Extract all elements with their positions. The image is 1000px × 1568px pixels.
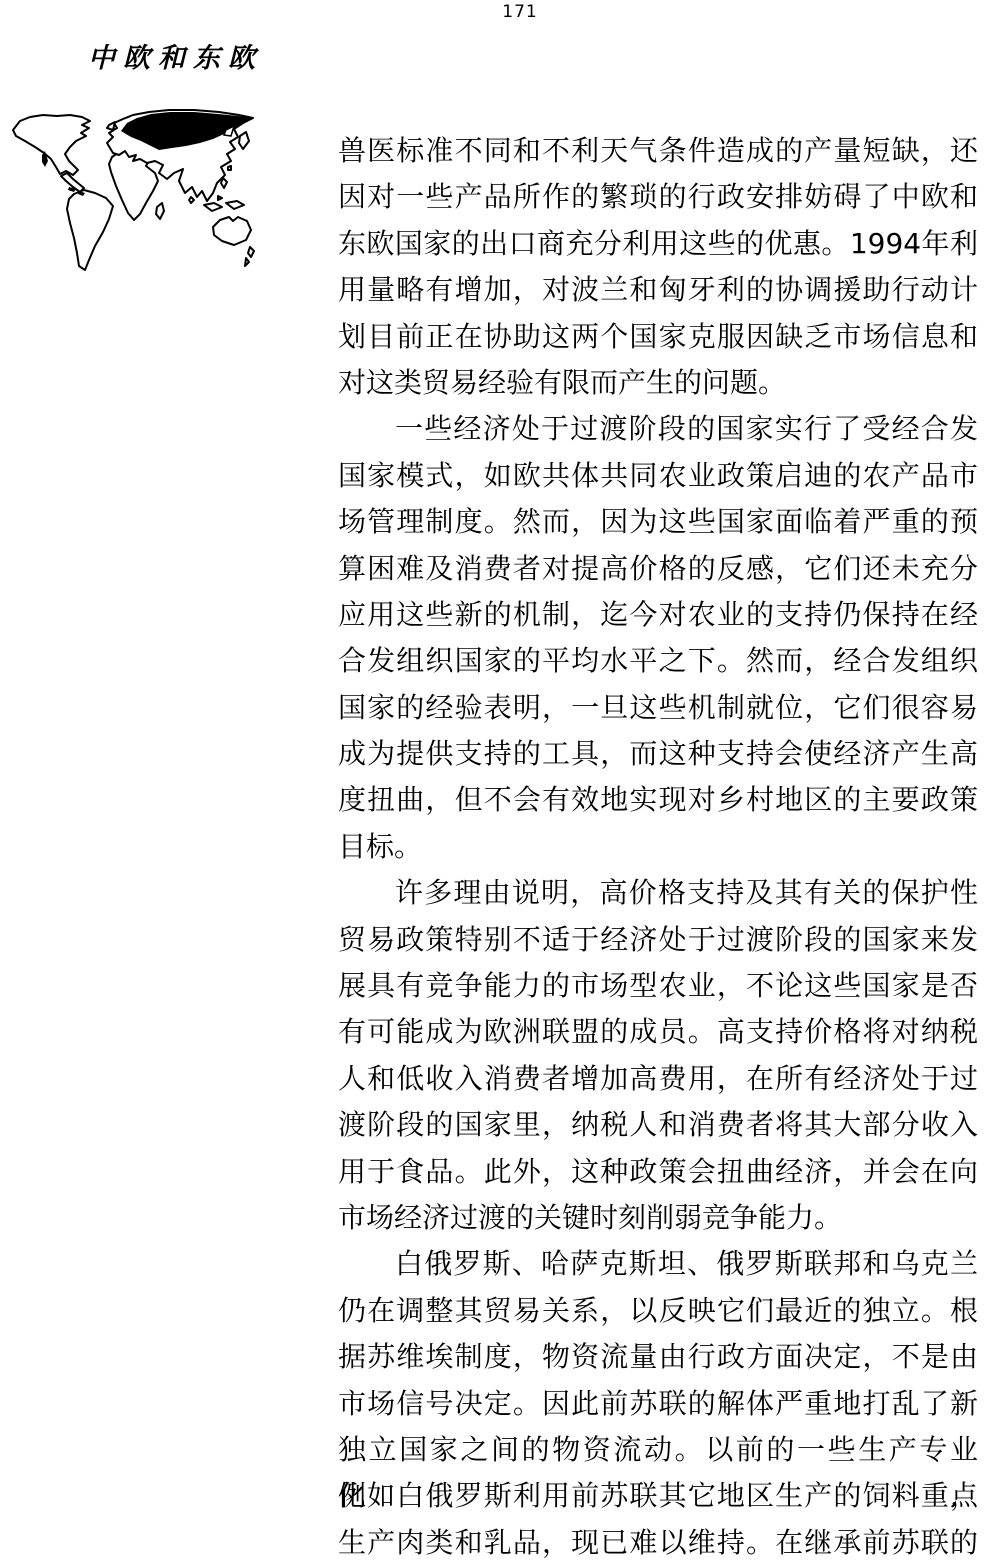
section-title: 中欧和东欧 bbox=[88, 36, 263, 75]
text-line: 市场经济过渡的关键时刻削弱竞争能力。 bbox=[338, 1195, 978, 1241]
text-line: 市场信号决定。因此前苏联的解体严重地打乱了新 bbox=[338, 1381, 978, 1427]
text-line: 东欧国家的出口商充分利用这些的优惠。1994年利 bbox=[338, 221, 978, 267]
text-line: 成为提供支持的工具，而这种支持会使经济产生高 bbox=[338, 731, 978, 777]
text-line: 例如白俄罗斯利用前苏联其它地区生产的饲料重点 bbox=[338, 1473, 978, 1519]
text-line: 应用这些新的机制，迄今对农业的支持仍保持在经 bbox=[338, 592, 978, 638]
text-line: 国家的经验表明，一旦这些机制就位，它们很容易 bbox=[338, 685, 978, 731]
text-line: 用量略有增加，对波兰和匈牙利的协调援助行动计 bbox=[338, 267, 978, 313]
text-line: 算困难及消费者对提高价格的反感，它们还未充分 bbox=[338, 546, 978, 592]
text-line: 度扭曲，但不会有效地实现对乡村地区的主要政策 bbox=[338, 777, 978, 823]
paragraph: 一些经济处于过渡阶段的国家实行了受经合发国家模式，如欧共体共同农业政策启迪的农产… bbox=[338, 406, 978, 870]
paragraph: 兽医标准不同和不利天气条件造成的产量短缺，还因对一些产品所作的繁琐的行政安排妨碍… bbox=[338, 128, 978, 406]
page-number: 171 bbox=[0, 2, 1000, 22]
text-line: 贸易政策特别不适于经济处于过渡阶段的国家来发 bbox=[338, 917, 978, 963]
text-line: 白俄罗斯、哈萨克斯坦、俄罗斯联邦和乌克兰 bbox=[338, 1241, 978, 1287]
text-line: 用于食品。此外，这种政策会扭曲经济，并会在向 bbox=[338, 1149, 978, 1195]
text-line: 国家模式，如欧共体共同农业政策启迪的农产品市 bbox=[338, 453, 978, 499]
text-line: 对这类贸易经验有限而产生的问题。 bbox=[338, 360, 978, 406]
text-line: 渡阶段的国家里，纳税人和消费者将其大部分收入 bbox=[338, 1102, 978, 1148]
paragraph: 白俄罗斯、哈萨克斯坦、俄罗斯联邦和乌克兰仍在调整其贸易关系，以反映它们最近的独立… bbox=[338, 1241, 978, 1566]
world-map-highlight-central-eastern-europe-icon bbox=[10, 108, 255, 285]
text-line: 兽医标准不同和不利天气条件造成的产量短缺，还 bbox=[338, 128, 978, 174]
text-line: 人和低收入消费者增加高费用，在所有经济处于过 bbox=[338, 1056, 978, 1102]
text-line: 合发组织国家的平均水平之下。然而，经合发组织 bbox=[338, 638, 978, 684]
document-page: 171 中欧和东欧 bbox=[0, 0, 1000, 1568]
text-line: 场管理制度。然而，因为这些国家面临着严重的预 bbox=[338, 499, 978, 545]
text-line: 因对一些产品所作的繁琐的行政安排妨碍了中欧和 bbox=[338, 174, 978, 220]
text-line: 划目前正在协助这两个国家克服因缺乏市场信息和 bbox=[338, 314, 978, 360]
text-line: 展具有竞争能力的市场型农业，不论这些国家是否 bbox=[338, 963, 978, 1009]
text-line: 有可能成为欧洲联盟的成员。高支持价格将对纳税 bbox=[338, 1009, 978, 1055]
text-line: 独立国家之间的物资流动。以前的一些生产专业化， bbox=[338, 1427, 978, 1473]
world-map-figure bbox=[10, 108, 255, 285]
text-line: 仍在调整其贸易关系，以反映它们最近的独立。根 bbox=[338, 1288, 978, 1334]
text-line: 许多理由说明，高价格支持及其有关的保护性 bbox=[338, 870, 978, 916]
text-line: 据苏维埃制度，物资流量由行政方面决定，不是由 bbox=[338, 1334, 978, 1380]
text-line: 生产肉类和乳品，现已难以维持。在继承前苏联的 bbox=[338, 1520, 978, 1566]
text-line: 一些经济处于过渡阶段的国家实行了受经合发 bbox=[338, 406, 978, 452]
body-text: 兽医标准不同和不利天气条件造成的产量短缺，还因对一些产品所作的繁琐的行政安排妨碍… bbox=[338, 128, 978, 1566]
paragraph: 许多理由说明，高价格支持及其有关的保护性贸易政策特别不适于经济处于过渡阶段的国家… bbox=[338, 870, 978, 1241]
text-line: 目标。 bbox=[338, 824, 978, 870]
